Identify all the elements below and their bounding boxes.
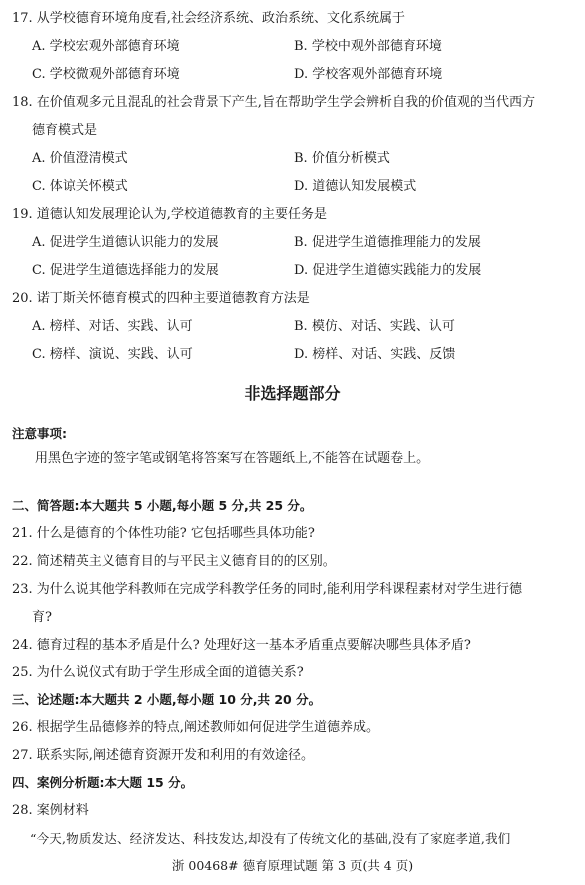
question-21: 21. 什么是德育的个体性功能? 它包括哪些具体功能?	[12, 525, 315, 543]
case-material-quote: “今天,物质发达、经济发达、科技发达,却没有了传统文化的基础,没有了家庭孝道,我…	[30, 830, 511, 848]
option-18c: C. 体谅关怀模式	[32, 178, 128, 196]
question-20: 20. 诺丁斯关怀德育模式的四种主要道德教育方法是	[12, 290, 310, 308]
question-17: 17. 从学校德育环境角度看,社会经济系统、政治系统、文化系统属于	[12, 10, 405, 28]
option-20c: C. 榜样、演说、实践、认可	[32, 346, 193, 364]
section-title-non-choice: 非选择题部分	[0, 384, 585, 404]
section-heading-essay: 三、论述题:本大题共 2 小题,每小题 10 分,共 20 分。	[12, 691, 321, 709]
option-17c: C. 学校微观外部德育环境	[32, 66, 180, 84]
option-19a: A. 促进学生道德认识能力的发展	[32, 234, 219, 252]
option-17a: A. 学校宏观外部德育环境	[32, 38, 180, 56]
option-19c: C. 促进学生道德选择能力的发展	[32, 262, 219, 280]
section-heading-case-analysis: 四、案例分析题:本大题 15 分。	[12, 774, 193, 792]
notice-text: 用黑色字迹的签字笔或钢笔将答案写在答题纸上,不能答在试题卷上。	[35, 450, 429, 468]
option-18b: B. 价值分析模式	[294, 150, 390, 168]
option-19b: B. 促进学生道德推理能力的发展	[294, 234, 481, 252]
option-17d: D. 学校客观外部德育环境	[294, 66, 442, 84]
question-24: 24. 德育过程的基本矛盾是什么? 处理好这一基本矛盾重点要解决哪些具体矛盾?	[12, 637, 471, 655]
question-18: 18. 在价值观多元且混乱的社会背景下产生,旨在帮助学生学会辨析自我的价值观的当…	[12, 94, 535, 112]
question-18-cont: 德育模式是	[32, 122, 97, 140]
question-19: 19. 道德认知发展理论认为,学校道德教育的主要任务是	[12, 206, 327, 224]
question-28: 28. 案例材料	[12, 802, 89, 820]
option-20a: A. 榜样、对话、实践、认可	[32, 318, 193, 336]
option-20d: D. 榜样、对话、实践、反馈	[294, 346, 455, 364]
question-22: 22. 简述精英主义德育目的与平民主义德育目的的区别。	[12, 553, 336, 571]
question-23: 23. 为什么说其他学科教师在完成学科教学任务的同时,能利用学科课程素材对学生进…	[12, 581, 522, 599]
option-18a: A. 价值澄清模式	[32, 150, 128, 168]
notice-heading: 注意事项:	[12, 425, 67, 443]
option-19d: D. 促进学生道德实践能力的发展	[294, 262, 481, 280]
question-25: 25. 为什么说仪式有助于学生形成全面的道德关系?	[12, 664, 304, 682]
page-footer: 浙 00468# 德育原理试题 第 3 页(共 4 页)	[0, 857, 585, 875]
option-20b: B. 模仿、对话、实践、认可	[294, 318, 455, 336]
option-18d: D. 道德认知发展模式	[294, 178, 416, 196]
option-17b: B. 学校中观外部德育环境	[294, 38, 442, 56]
question-23-cont: 育?	[32, 609, 52, 627]
section-heading-short-answer: 二、简答题:本大题共 5 小题,每小题 5 分,共 25 分。	[12, 497, 312, 515]
question-26: 26. 根据学生品德修养的特点,阐述教师如何促进学生道德养成。	[12, 719, 379, 737]
question-27: 27. 联系实际,阐述德育资源开发和利用的有效途径。	[12, 747, 314, 765]
